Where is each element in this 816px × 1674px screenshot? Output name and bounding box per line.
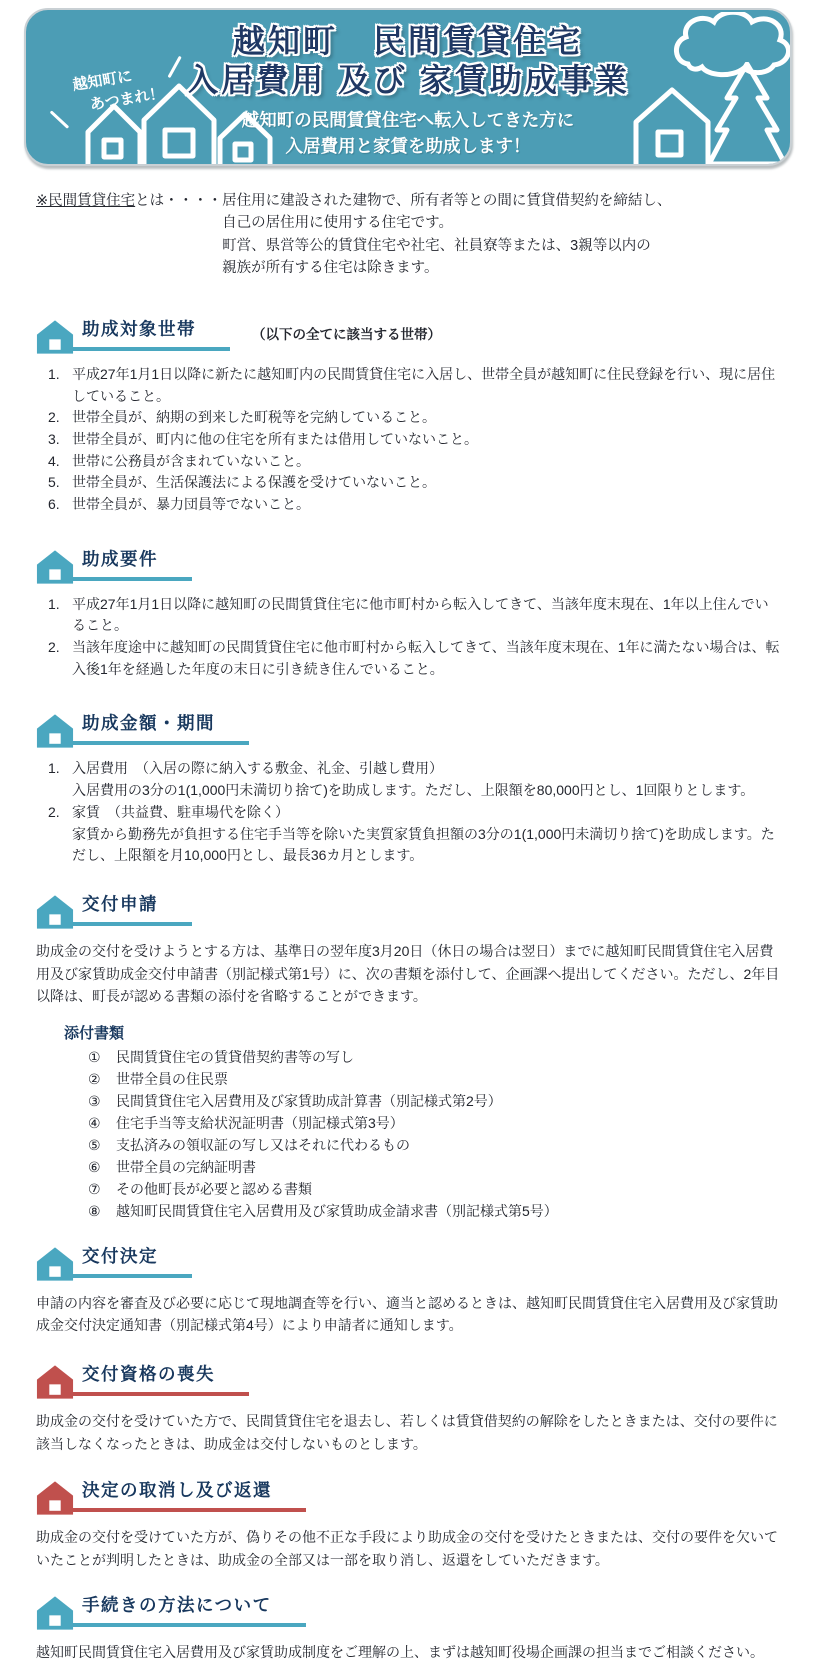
list-item: 1.平成27年1月1日以降に越知町の民間賃貸住宅に他市町村から転入してきて、当該…: [48, 594, 780, 637]
list-item: 2.当該年度途中に越知町の民間賃貸住宅に他市町村から転入してきて、当該年度末現在…: [48, 637, 780, 680]
house-icon: [36, 894, 74, 929]
house-icon: [36, 1480, 74, 1515]
attachments-title: 添付書類: [64, 1022, 780, 1043]
definition-label: ※民間賃貸住宅とは・・・・: [36, 190, 222, 280]
section-header: 決定の取消し及び返還: [36, 1477, 780, 1512]
list-item: ⑤支払済みの領収証の写し又はそれに代わるもの: [88, 1135, 780, 1157]
section-grant-amount-period: 助成金額・期間 1.入居費用 （入居の際に納入する敷金、礼金、引越し費用）入居費…: [36, 710, 780, 866]
definition-note: ※民間賃貸住宅とは・・・・ 居住用に建設された建物で、所有者等との間に賃貸借契約…: [36, 190, 780, 280]
section-title: 助成金額・期間: [82, 713, 215, 733]
item-title: 家賃 （共益費、駐車場代を除く）: [72, 804, 289, 820]
section-title: 決定の取消し及び返還: [82, 1480, 272, 1500]
list-item: 2.家賃 （共益費、駐車場代を除く）家賃から勤務先が負担する住宅手当等を除いた実…: [48, 802, 780, 867]
section-header: 交付資格の喪失: [36, 1361, 780, 1396]
conditions-list: 1.平成27年1月1日以降に新たに越知町内の民間賃貸住宅に入居し、世帯全員が越知…: [36, 364, 780, 516]
amount-list: 1.入居費用 （入居の際に納入する敷金、礼金、引越し費用）入居費用の3分の1(1…: [36, 758, 780, 866]
list-item: ②世帯全員の住民票: [88, 1069, 780, 1091]
list-item: ①民間賃貸住宅の賃貸借契約書等の写し: [88, 1047, 780, 1069]
attachments-list: ①民間賃貸住宅の賃貸借契約書等の写し ②世帯全員の住民票 ③民間賃貸住宅入居費用…: [88, 1047, 780, 1223]
cancellation-paragraph: 助成金の交付を受けていた方が、偽りその他不正な手段により助成金の交付を受けたとき…: [36, 1526, 780, 1571]
item-detail: 入居費用の3分の1(1,000円未満切り捨て)を助成します。ただし、上限額を80…: [72, 782, 754, 798]
list-item: ⑦その他町長が必要と認める書類: [88, 1179, 780, 1201]
section-header: 手続きの方法について: [36, 1592, 780, 1627]
house-icon: [36, 319, 74, 354]
section-grant-application: 交付申請 助成金の交付を受けようとする方は、基準日の翌年度3月20日（休日の場合…: [36, 891, 780, 1223]
house-tree-icon: [628, 62, 786, 166]
list-item: 5.世帯全員が、生活保護法による保護を受けていないこと。: [48, 472, 780, 494]
list-item: 6.世帯全員が、暴力団員等でないこと。: [48, 494, 780, 516]
house-icon: [36, 549, 74, 584]
section-title: 交付資格の喪失: [82, 1364, 215, 1384]
section-title: 助成対象世帯: [82, 319, 196, 339]
section-title: 手続きの方法について: [82, 1595, 272, 1615]
list-item: 1.平成27年1月1日以降に新たに越知町内の民間賃貸住宅に入居し、世帯全員が越知…: [48, 364, 780, 407]
definition-text: 居住用に建設された建物で、所有者等との間に賃貸借契約を締結し、 自己の居住用に使…: [222, 190, 671, 280]
list-item: ④住宅手当等支給状況証明書（別記様式第3号）: [88, 1113, 780, 1135]
section-header: 助成金額・期間: [36, 710, 780, 745]
section-header: 交付決定: [36, 1243, 780, 1278]
house-icon: [36, 1246, 74, 1281]
section-title: 交付決定: [82, 1246, 158, 1266]
flyer-content: ※民間賃貸住宅とは・・・・ 居住用に建設された建物で、所有者等との間に賃貸借契約…: [0, 190, 816, 1663]
item-title: 入居費用 （入居の際に納入する敷金、礼金、引越し費用）: [72, 760, 443, 776]
item-detail: 家賃から勤務先が負担する住宅手当等を除いた実質家賃負担額の3分の1(1,000円…: [72, 826, 775, 864]
list-item: 2.世帯全員が、納期の到来した町税等を完納していること。: [48, 407, 780, 429]
section-procedure-info: 手続きの方法について 越知町民間賃貸住宅入居費用及び家賃助成制度をご理解の上、ま…: [36, 1592, 780, 1664]
section-loss-of-eligibility: 交付資格の喪失 助成金の交付を受けていた方で、民間賃貸住宅を退去し、若しくは賃貸…: [36, 1361, 780, 1455]
procedure-paragraph: 越知町民間賃貸住宅入居費用及び家賃助成制度をご理解の上、まずは越知町役場企画課の…: [36, 1641, 780, 1664]
list-item: 3.世帯全員が、町内に他の住宅を所有または借用していないこと。: [48, 429, 780, 451]
list-item: ③民間賃貸住宅入居費用及び家賃助成計算書（別記様式第2号）: [88, 1091, 780, 1113]
section-grant-target-households: 助成対象世帯 （以下の全てに該当する世帯） 1.平成27年1月1日以降に新たに越…: [36, 316, 780, 516]
house-icon: [36, 1595, 74, 1630]
list-item: 4.世帯に公務員が含まれていないこと。: [48, 451, 780, 473]
section-grant-decision: 交付決定 申請の内容を審査及び必要に応じて現地調査等を行い、適当と認めるときは、…: [36, 1243, 780, 1337]
section-header: 交付申請: [36, 891, 780, 926]
list-item: ⑥世帯全員の完納証明書: [88, 1157, 780, 1179]
decision-paragraph: 申請の内容を審査及び必要に応じて現地調査等を行い、適当と認めるときは、越知町民間…: [36, 1292, 780, 1337]
house-icon: [36, 1364, 74, 1399]
section-grant-requirements: 助成要件 1.平成27年1月1日以降に越知町の民間賃貸住宅に他市町村から転入して…: [36, 546, 780, 681]
flyer-page: 越知町に あつまれ！ 越知町 民間賃貸住宅 入居費用 及び 家賃助成事業 越知町…: [0, 8, 816, 1663]
section-title: 助成要件: [82, 549, 158, 569]
list-item: 1.入居費用 （入居の際に納入する敷金、礼金、引越し費用）入居費用の3分の1(1…: [48, 758, 780, 801]
header-banner: 越知町に あつまれ！ 越知町 民間賃貸住宅 入居費用 及び 家賃助成事業 越知町…: [24, 8, 792, 166]
section-header: 助成要件: [36, 546, 780, 581]
definition-term: ※民間賃貸住宅: [36, 193, 135, 209]
loss-paragraph: 助成金の交付を受けていた方で、民間賃貸住宅を退去し、若しくは賃貸借契約の解除をし…: [36, 1410, 780, 1455]
application-paragraph: 助成金の交付を受けようとする方は、基準日の翌年度3月20日（休日の場合は翌日）ま…: [36, 940, 780, 1008]
pine-tree-outline: [709, 64, 785, 164]
conditions-list: 1.平成27年1月1日以降に越知町の民間賃貸住宅に他市町村から転入してきて、当該…: [36, 594, 780, 681]
house-icon: [36, 713, 74, 748]
list-item: ⑧越知町民間賃貸住宅入居費用及び家賃助成金請求書（別記様式第5号）: [88, 1201, 780, 1223]
section-cancellation-refund: 決定の取消し及び返還 助成金の交付を受けていた方が、偽りその他不正な手段により助…: [36, 1477, 780, 1571]
section-note: （以下の全てに該当する世帯）: [252, 323, 441, 351]
definition-tail: とは・・・・: [135, 193, 222, 209]
section-title: 交付申請: [82, 894, 158, 914]
section-header: 助成対象世帯 （以下の全てに該当する世帯）: [36, 316, 780, 351]
